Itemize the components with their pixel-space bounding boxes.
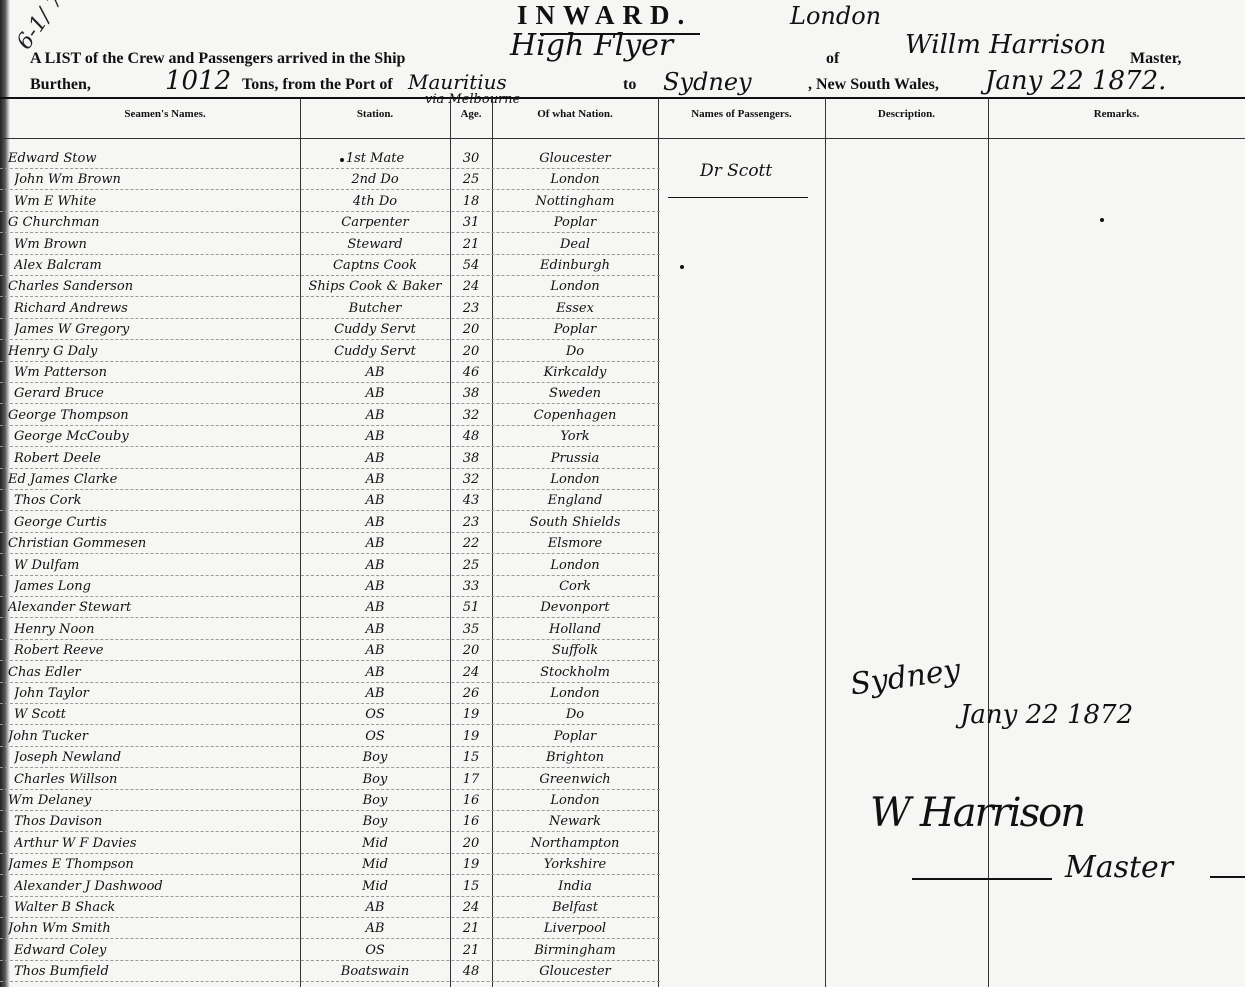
seaman-name: Alexander Stewart: [8, 599, 283, 617]
ink-spot: [340, 158, 344, 162]
seaman-age: 23: [450, 300, 492, 318]
seaman-age: 32: [450, 471, 492, 489]
seaman-nation: Liverpool: [492, 920, 658, 938]
seaman-age: 31: [450, 214, 492, 232]
table-row: Edward Stow1st Mate30Gloucester: [0, 150, 1245, 172]
seaman-age: 20: [450, 321, 492, 339]
port-of-registry: London: [790, 2, 881, 30]
of-label: of: [826, 50, 839, 68]
row-rule: [0, 553, 660, 554]
row-rule: [0, 596, 660, 597]
seaman-station: Boatswain: [300, 963, 450, 981]
row-rule: [0, 189, 660, 190]
table-row: Richard AndrewsButcher23Essex: [0, 300, 1245, 322]
row-rule: [0, 575, 660, 576]
seaman-station: 4th Do: [300, 193, 450, 211]
seaman-name: G Churchman: [8, 214, 283, 232]
seaman-station: AB: [300, 364, 450, 382]
corner-annotation: 6-1/ 785: [12, 0, 85, 54]
seaman-station: Carpenter: [300, 214, 450, 232]
row-rule: [0, 361, 660, 362]
seaman-nation: Prussia: [492, 450, 658, 468]
seaman-name: Charles Sanderson: [8, 278, 283, 296]
seaman-nation: York: [492, 428, 658, 446]
table-row: George CurtisAB23South Shields: [0, 514, 1245, 536]
seaman-name: Chas Edler: [8, 664, 283, 682]
seaman-name: George Thompson: [8, 407, 283, 425]
seaman-name: Gerard Bruce: [14, 385, 289, 403]
seaman-age: 17: [450, 771, 492, 789]
row-rule: [0, 639, 660, 640]
row-rule: [0, 938, 660, 939]
seaman-name: Robert Deele: [14, 450, 289, 468]
seaman-name: Edward Coley: [14, 942, 289, 960]
seaman-nation: India: [492, 878, 658, 896]
header-rule: [0, 97, 1245, 99]
seaman-name: Arthur W F Davies: [14, 835, 289, 853]
table-row: Alexander StewartAB51Devonport: [0, 599, 1245, 621]
table-row: George McCoubyAB48York: [0, 428, 1245, 450]
master-name: Willm Harrison: [905, 30, 1106, 60]
row-rule: [0, 254, 660, 255]
seaman-name: John Tucker: [8, 728, 283, 746]
column-header-age: Age.: [450, 108, 492, 120]
seaman-name: Wm E White: [14, 193, 289, 211]
master-signature: W Harrison: [870, 790, 1084, 836]
seaman-station: AB: [300, 535, 450, 553]
seaman-name: Robert Reeve: [14, 642, 289, 660]
seaman-age: 15: [450, 749, 492, 767]
table-row: Wm PattersonAB46Kirkcaldy: [0, 364, 1245, 386]
seaman-name: Wm Delaney: [8, 792, 283, 810]
seaman-station: AB: [300, 642, 450, 660]
seaman-nation: Do: [492, 706, 658, 724]
table-row: Gerard BruceAB38Sweden: [0, 385, 1245, 407]
seaman-station: OS: [300, 706, 450, 724]
seaman-nation: Cork: [492, 578, 658, 596]
row-rule: [0, 724, 660, 725]
row-rule: [0, 532, 660, 533]
seaman-station: AB: [300, 407, 450, 425]
seaman-age: 24: [450, 899, 492, 917]
seaman-age: 23: [450, 514, 492, 532]
seaman-name: W Dulfam: [14, 557, 289, 575]
seaman-nation: Nottingham: [492, 193, 658, 211]
row-rule: [0, 211, 660, 212]
signature-title: Master: [1065, 850, 1173, 885]
seaman-station: Butcher: [300, 300, 450, 318]
seaman-nation: London: [492, 471, 658, 489]
seaman-nation: Yorkshire: [492, 856, 658, 874]
seaman-nation: London: [492, 685, 658, 703]
table-row: Robert ReeveAB20Suffolk: [0, 642, 1245, 664]
seaman-nation: London: [492, 278, 658, 296]
seaman-station: Captns Cook: [300, 257, 450, 275]
to-label: to: [623, 76, 636, 94]
row-rule: [0, 617, 660, 618]
table-row: Edward ColeyOS21Birmingham: [0, 942, 1245, 964]
seaman-age: 18: [450, 193, 492, 211]
seaman-nation: Brighton: [492, 749, 658, 767]
seaman-age: 30: [450, 150, 492, 168]
seaman-name: Alex Balcram: [14, 257, 289, 275]
row-rule: [0, 168, 660, 169]
row-rule: [0, 810, 660, 811]
burthen-label: Burthen,: [30, 76, 91, 94]
seaman-station: AB: [300, 578, 450, 596]
seaman-age: 32: [450, 407, 492, 425]
table-row: James E ThompsonMid19Yorkshire: [0, 856, 1245, 878]
table-row: Alex BalcramCaptns Cook54Edinburgh: [0, 257, 1245, 279]
seaman-age: 19: [450, 706, 492, 724]
seaman-nation: Northampton: [492, 835, 658, 853]
seaman-station: Boy: [300, 813, 450, 831]
seaman-nation: Gloucester: [492, 963, 658, 981]
table-row: Christian GommesenAB22Elsmore: [0, 535, 1245, 557]
seaman-nation: Elsmore: [492, 535, 658, 553]
seaman-station: AB: [300, 471, 450, 489]
seaman-age: 38: [450, 450, 492, 468]
seaman-nation: England: [492, 492, 658, 510]
nsw-label: , New South Wales,: [808, 76, 939, 94]
seaman-age: 25: [450, 171, 492, 189]
seaman-station: Boy: [300, 771, 450, 789]
column-header-seamens-names: Seamen's Names.: [30, 108, 300, 120]
seaman-name: Henry G Daly: [8, 343, 283, 361]
row-rule: [0, 896, 660, 897]
seaman-station: AB: [300, 428, 450, 446]
table-row: Arthur W F DaviesMid20Northampton: [0, 835, 1245, 857]
seaman-station: Mid: [300, 856, 450, 874]
ship-name: High Flyer: [510, 28, 673, 63]
seaman-station: AB: [300, 685, 450, 703]
seaman-station: AB: [300, 492, 450, 510]
seaman-age: 21: [450, 942, 492, 960]
seaman-station: 1st Mate: [300, 150, 450, 168]
table-row: James W GregoryCuddy Servt20Poplar: [0, 321, 1245, 343]
row-rule: [0, 981, 660, 982]
page-title: INWARD.: [517, 0, 692, 31]
seaman-nation: London: [492, 171, 658, 189]
seaman-name: Alexander J Dashwood: [14, 878, 289, 896]
row-rule: [0, 960, 660, 961]
row-rule: [0, 831, 660, 832]
seaman-station: Ships Cook & Baker: [300, 278, 450, 296]
arrival-date: Jany 22 1872.: [985, 66, 1166, 96]
seaman-nation: Copenhagen: [492, 407, 658, 425]
table-row: John TuckerOS19Poplar: [0, 728, 1245, 750]
seaman-nation: Do: [492, 343, 658, 361]
table-row: James LongAB33Cork: [0, 578, 1245, 600]
seaman-nation: Greenwich: [492, 771, 658, 789]
signature-date: Jany 22 1872: [960, 700, 1133, 730]
table-row: Ed James ClarkeAB32London: [0, 471, 1245, 493]
seaman-nation: Gloucester: [492, 150, 658, 168]
seaman-name: Wm Brown: [14, 236, 289, 254]
seaman-nation: Kirkcaldy: [492, 364, 658, 382]
seaman-name: James E Thompson: [8, 856, 283, 874]
seaman-station: AB: [300, 920, 450, 938]
seaman-name: Edward Stow: [8, 150, 283, 168]
seaman-age: 35: [450, 621, 492, 639]
seaman-age: 20: [450, 343, 492, 361]
seaman-name: John Taylor: [14, 685, 289, 703]
seaman-nation: Holland: [492, 621, 658, 639]
table-row: Walter B ShackAB24Belfast: [0, 899, 1245, 921]
seaman-station: Mid: [300, 878, 450, 896]
row-rule: [0, 382, 660, 383]
seaman-name: Richard Andrews: [14, 300, 289, 318]
row-rule: [0, 789, 660, 790]
column-header-remarks: Remarks.: [988, 108, 1245, 120]
seaman-age: 43: [450, 492, 492, 510]
table-row: G ChurchmanCarpenter31Poplar: [0, 214, 1245, 236]
seaman-nation: Sweden: [492, 385, 658, 403]
row-rule: [0, 767, 660, 768]
table-row: John Wm Brown2nd Do25London: [0, 171, 1245, 193]
seaman-age: 33: [450, 578, 492, 596]
seaman-station: AB: [300, 899, 450, 917]
row-rule: [0, 339, 660, 340]
seaman-age: 25: [450, 557, 492, 575]
seaman-name: Joseph Newland: [14, 749, 289, 767]
seaman-nation: Deal: [492, 236, 658, 254]
seaman-name: Wm Patterson: [14, 364, 289, 382]
seaman-name: James W Gregory: [14, 321, 289, 339]
seaman-name: Henry Noon: [14, 621, 289, 639]
seaman-nation: Belfast: [492, 899, 658, 917]
seaman-age: 38: [450, 385, 492, 403]
row-rule: [0, 446, 660, 447]
seaman-station: OS: [300, 942, 450, 960]
seaman-station: AB: [300, 599, 450, 617]
column-header-station: Station.: [300, 108, 450, 120]
seaman-station: Cuddy Servt: [300, 343, 450, 361]
passenger-name: Dr Scott: [700, 161, 772, 181]
seaman-nation: Stockholm: [492, 664, 658, 682]
ink-spot: [1100, 218, 1104, 222]
seaman-age: 46: [450, 364, 492, 382]
seaman-age: 16: [450, 813, 492, 831]
seaman-age: 15: [450, 878, 492, 896]
table-row: Chas EdlerAB24Stockholm: [0, 664, 1245, 686]
row-rule: [0, 660, 660, 661]
seaman-name: W Scott: [14, 706, 289, 724]
seaman-nation: Poplar: [492, 728, 658, 746]
seaman-name: John Wm Brown: [14, 171, 289, 189]
seaman-age: 48: [450, 428, 492, 446]
seaman-station: Steward: [300, 236, 450, 254]
crew-list-document: 6-1/ 785 INWARD. A LIST of the Crew and …: [0, 0, 1245, 987]
row-rule: [0, 917, 660, 918]
table-row: Joseph NewlandBoy15Brighton: [0, 749, 1245, 771]
seaman-nation: London: [492, 792, 658, 810]
table-row: John Wm SmithAB21Liverpool: [0, 920, 1245, 942]
table-row: Henry G DalyCuddy Servt20Do: [0, 343, 1245, 365]
seaman-name: George McCouby: [14, 428, 289, 446]
table-row: Henry NoonAB35Holland: [0, 621, 1245, 643]
ink-spot: [680, 265, 684, 269]
seaman-name: George Curtis: [14, 514, 289, 532]
seaman-station: Mid: [300, 835, 450, 853]
column-header-description: Description.: [825, 108, 988, 120]
row-rule: [0, 682, 660, 683]
seaman-age: 24: [450, 278, 492, 296]
row-rule: [0, 468, 660, 469]
seaman-station: Boy: [300, 749, 450, 767]
via-port: via Melbourne: [425, 92, 520, 107]
row-rule: [0, 853, 660, 854]
seaman-station: Cuddy Servt: [300, 321, 450, 339]
seaman-name: Thos Davison: [14, 813, 289, 831]
table-row: W DulfamAB25London: [0, 557, 1245, 579]
tons-from-port-label: Tons, from the Port of: [242, 76, 393, 94]
seaman-age: 54: [450, 257, 492, 275]
seaman-station: Boy: [300, 792, 450, 810]
seaman-station: AB: [300, 621, 450, 639]
seaman-age: 19: [450, 856, 492, 874]
seaman-age: 22: [450, 535, 492, 553]
table-row: Wm E White4th Do18Nottingham: [0, 193, 1245, 215]
seaman-name: Charles Willson: [14, 771, 289, 789]
passenger-closing-rule: [668, 197, 808, 198]
to-port: Sydney: [663, 68, 752, 96]
seaman-nation: Poplar: [492, 321, 658, 339]
row-rule: [0, 510, 660, 511]
column-header-rule: [0, 138, 1245, 139]
row-rule: [0, 489, 660, 490]
table-row: Thos BumfieldBoatswain48Gloucester: [0, 963, 1245, 985]
table-row: Wm BrownSteward21Deal: [0, 236, 1245, 258]
seaman-age: 24: [450, 664, 492, 682]
column-header-nation: Of what Nation.: [492, 108, 658, 120]
seaman-nation: Essex: [492, 300, 658, 318]
seaman-station: AB: [300, 557, 450, 575]
seaman-name: Ed James Clarke: [8, 471, 283, 489]
seaman-age: 51: [450, 599, 492, 617]
seaman-nation: Poplar: [492, 214, 658, 232]
row-rule: [0, 403, 660, 404]
seaman-name: John Wm Smith: [8, 920, 283, 938]
table-row: Charles SandersonShips Cook & Baker24Lon…: [0, 278, 1245, 300]
seaman-nation: Birmingham: [492, 942, 658, 960]
seaman-name: James Long: [14, 578, 289, 596]
from-port: Mauritius: [408, 70, 507, 94]
seaman-age: 19: [450, 728, 492, 746]
row-rule: [0, 425, 660, 426]
seaman-nation: Suffolk: [492, 642, 658, 660]
seaman-name: Walter B Shack: [14, 899, 289, 917]
seaman-name: Thos Cork: [14, 492, 289, 510]
row-rule: [0, 746, 660, 747]
seaman-nation: South Shields: [492, 514, 658, 532]
seaman-nation: Devonport: [492, 599, 658, 617]
tonnage: 1012: [165, 66, 231, 96]
seaman-age: 20: [450, 642, 492, 660]
row-rule: [0, 296, 660, 297]
seaman-age: 20: [450, 835, 492, 853]
row-rule: [0, 275, 660, 276]
seaman-nation: Newark: [492, 813, 658, 831]
signature-rule: [912, 878, 1052, 880]
signature-rule: [1210, 876, 1245, 878]
seaman-age: 16: [450, 792, 492, 810]
seaman-age: 26: [450, 685, 492, 703]
seaman-name: Thos Bumfield: [14, 963, 289, 981]
seaman-age: 21: [450, 236, 492, 254]
seaman-station: AB: [300, 514, 450, 532]
table-row: Robert DeeleAB38Prussia: [0, 450, 1245, 472]
seaman-nation: Edinburgh: [492, 257, 658, 275]
seaman-station: AB: [300, 450, 450, 468]
row-rule: [0, 318, 660, 319]
row-rule: [0, 874, 660, 875]
table-row: Alexander J DashwoodMid15India: [0, 878, 1245, 900]
table-row: Thos CorkAB43England: [0, 492, 1245, 514]
seaman-station: 2nd Do: [300, 171, 450, 189]
row-rule: [0, 232, 660, 233]
table-row: George ThompsonAB32Copenhagen: [0, 407, 1245, 429]
seaman-station: AB: [300, 385, 450, 403]
seaman-age: 48: [450, 963, 492, 981]
seaman-name: Christian Gommesen: [8, 535, 283, 553]
seaman-nation: London: [492, 557, 658, 575]
seaman-station: AB: [300, 664, 450, 682]
row-rule: [0, 703, 660, 704]
seaman-age: 21: [450, 920, 492, 938]
seaman-station: OS: [300, 728, 450, 746]
column-header-passengers: Names of Passengers.: [658, 108, 825, 120]
